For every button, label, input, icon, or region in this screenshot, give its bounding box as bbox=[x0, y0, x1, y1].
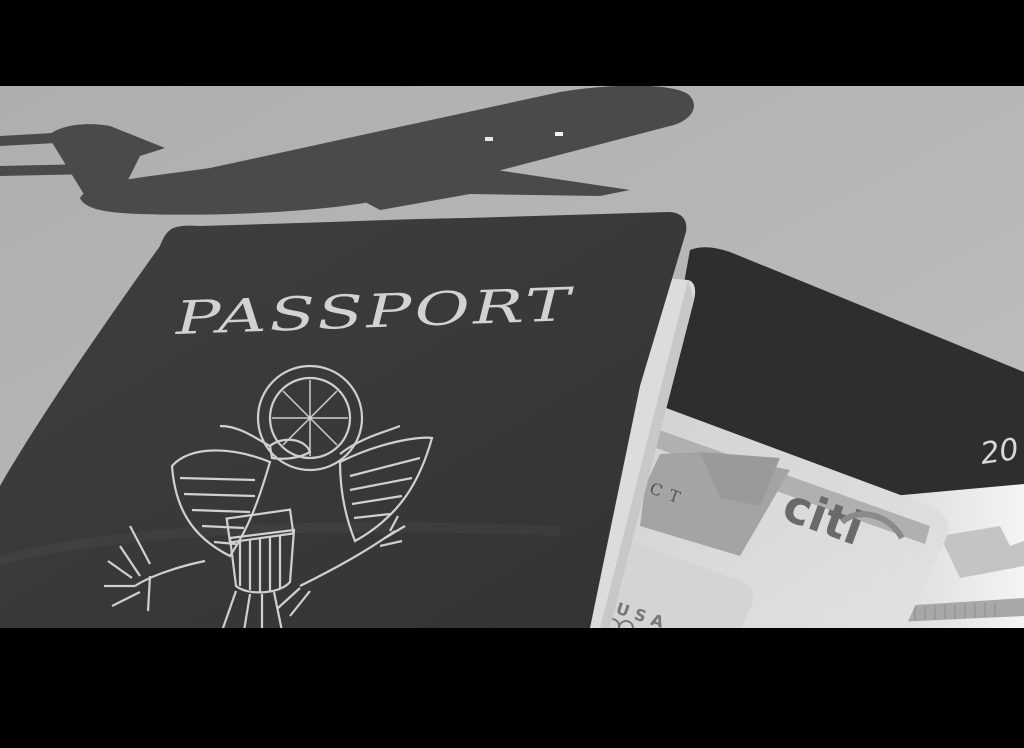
booklet-year-text: 20 bbox=[978, 432, 1021, 472]
letterbox-top bbox=[0, 0, 1024, 86]
letterbox-bottom bbox=[0, 628, 1024, 748]
photo: 20 ECT citi bbox=[0, 86, 1024, 628]
